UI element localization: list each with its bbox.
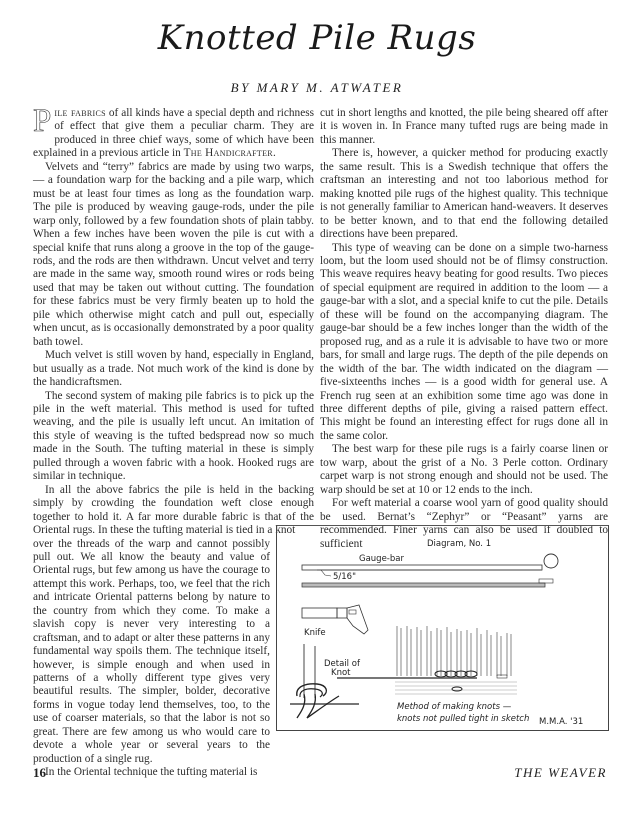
paragraph: In the Oriental technique the tufting ma… bbox=[33, 766, 270, 779]
right-column: cut in short lengths and knotted, the pi… bbox=[320, 107, 608, 551]
publication-reference: The Handicrafter bbox=[184, 147, 273, 159]
article-title: Knotted Pile Rugs bbox=[0, 18, 634, 58]
paragraph: Much velvet is still woven by hand, espe… bbox=[33, 349, 314, 389]
warp-knots-icon: Method of making knots — knots not pulle… bbox=[337, 626, 583, 727]
publication-name: THE WEAVER bbox=[514, 765, 607, 781]
paragraph: There is, however, a quicker method for … bbox=[320, 147, 608, 241]
artist-signature: M.M.A. '31 bbox=[539, 717, 583, 727]
paragraph: Pile fabrics of all kinds have a special… bbox=[33, 107, 314, 161]
paragraph: This type of weaving can be done on a si… bbox=[320, 242, 608, 444]
svg-text:5/16": 5/16" bbox=[333, 572, 356, 582]
svg-text:Knot: Knot bbox=[331, 668, 351, 678]
knot-detail-icon: Detail of Knot bbox=[290, 644, 361, 718]
diagram-illustration: Diagram, No. 1 Gauge-bar 5/16" Knife Det… bbox=[277, 526, 608, 730]
paragraph: cut in short lengths and knotted, the pi… bbox=[320, 107, 608, 147]
paragraph-continued: over the threads of the warp and cannot … bbox=[33, 538, 270, 767]
knife-icon: Knife bbox=[302, 605, 368, 638]
svg-text:Knife: Knife bbox=[304, 628, 326, 638]
page-number: 16 bbox=[33, 765, 46, 781]
article-byline: BY MARY M. ATWATER bbox=[0, 80, 634, 96]
paragraph: The best warp for these pile rugs is a f… bbox=[320, 443, 608, 497]
svg-text:knots not pulled tight in sket: knots not pulled tight in sketch bbox=[397, 714, 529, 724]
paragraph: Velvets and “terry” fabrics are made by … bbox=[33, 161, 314, 349]
diagram-figure: Diagram, No. 1 Gauge-bar 5/16" Knife Det… bbox=[276, 525, 609, 731]
gauge-bar-icon: Gauge-bar 5/16" bbox=[302, 554, 558, 587]
left-column: Pile fabrics of all kinds have a special… bbox=[33, 107, 314, 780]
paragraph: The second system of making pile fabrics… bbox=[33, 390, 314, 484]
svg-text:Gauge-bar: Gauge-bar bbox=[359, 554, 404, 564]
drop-cap: P bbox=[33, 108, 51, 134]
svg-text:Method of making knots —: Method of making knots — bbox=[397, 702, 512, 712]
paragraph: In all the above fabrics the pile is hel… bbox=[33, 484, 314, 538]
diagram-title: Diagram, No. 1 bbox=[427, 539, 491, 549]
